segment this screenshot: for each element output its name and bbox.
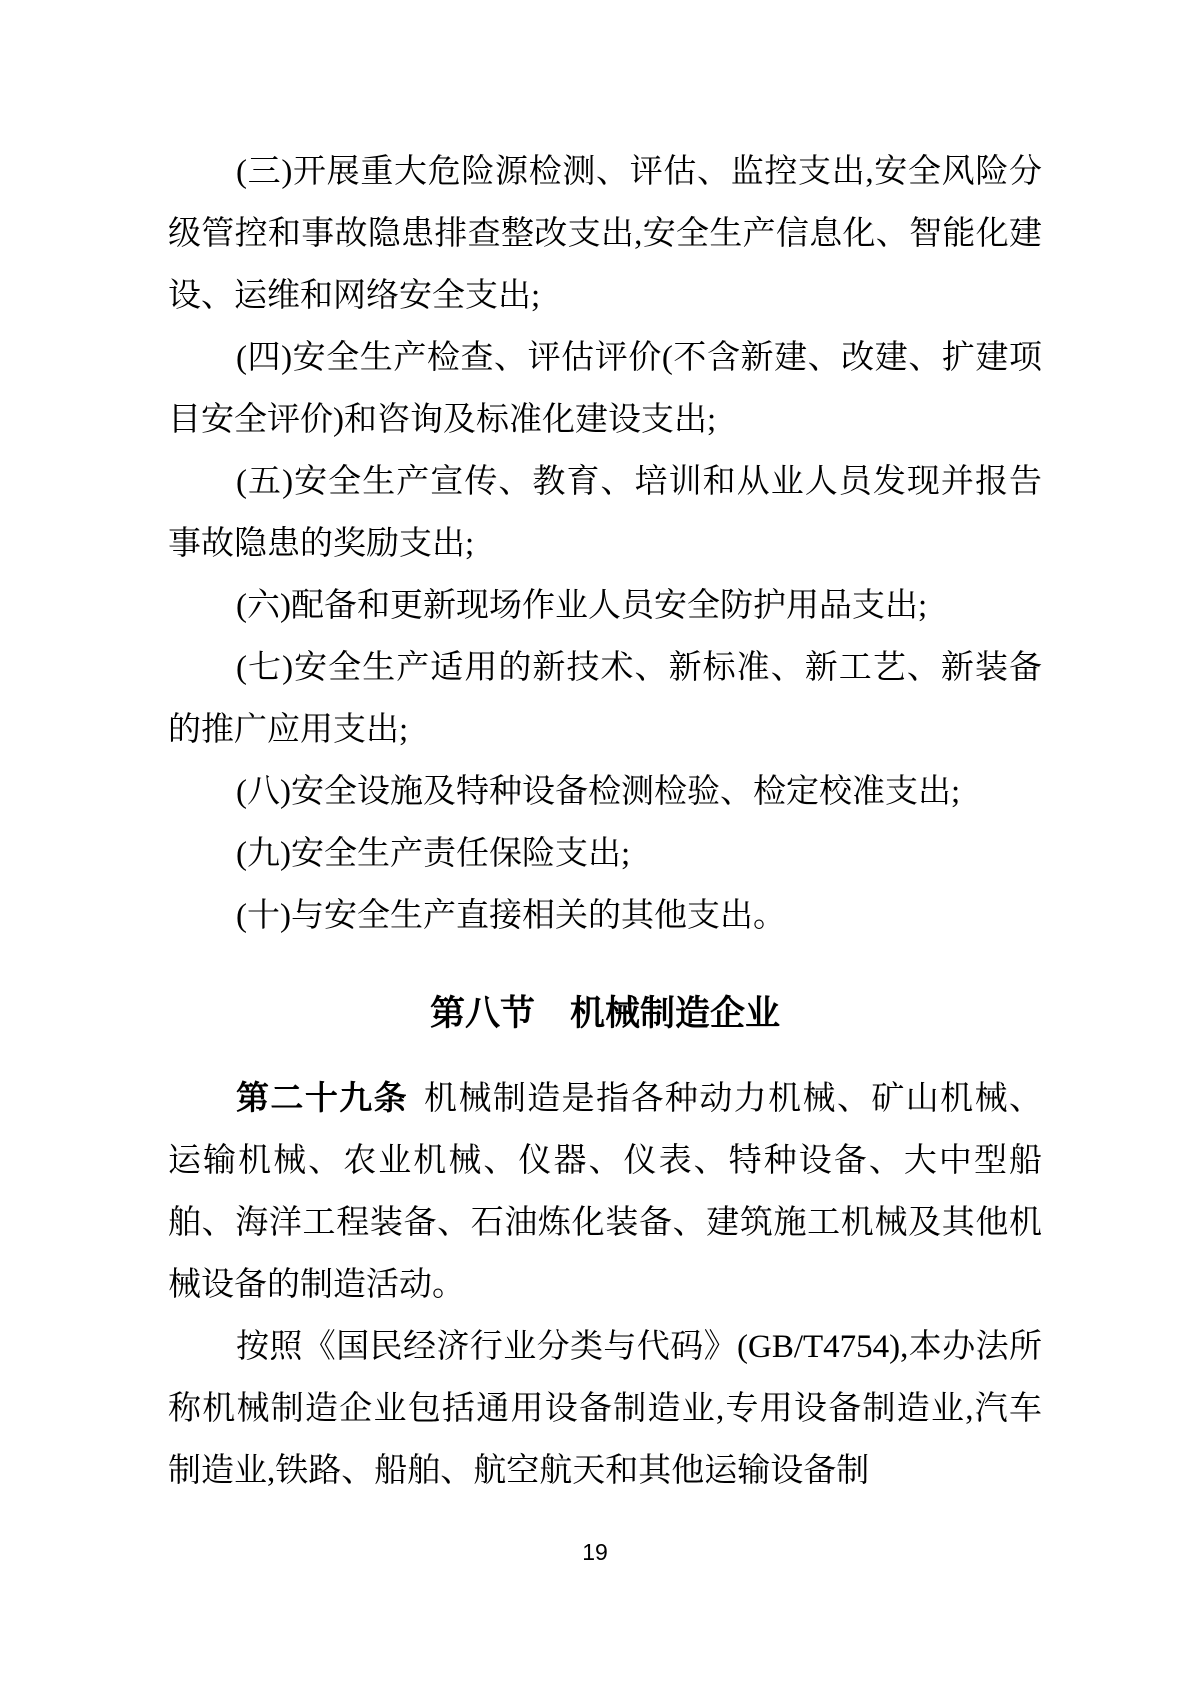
- body-paragraph: 按照《国民经济行业分类与代码》(GB/T4754),本办法所称机械制造企业包括通…: [168, 1316, 1042, 1502]
- section-heading: 第八节 机械制造企业: [168, 983, 1042, 1045]
- document-body: (三)开展重大危险源检测、评估、监控支出,安全风险分级管控和事故隐患排查整改支出…: [168, 141, 1042, 1502]
- page-number: 19: [0, 1538, 1190, 1566]
- clause-item-5: (五)安全生产宣传、教育、培训和从业人员发现并报告事故隐患的奖励支出;: [168, 451, 1042, 575]
- document-page: (三)开展重大危险源检测、评估、监控支出,安全风险分级管控和事故隐患排查整改支出…: [0, 0, 1190, 1683]
- article-29-paragraph: 第二十九条机械制造是指各种动力机械、矿山机械、运输机械、农业机械、仪器、仪表、特…: [168, 1067, 1042, 1316]
- clause-item-3: (三)开展重大危险源检测、评估、监控支出,安全风险分级管控和事故隐患排查整改支出…: [168, 141, 1042, 327]
- clause-item-10: (十)与安全生产直接相关的其他支出。: [168, 885, 1042, 947]
- clause-item-6: (六)配备和更新现场作业人员安全防护用品支出;: [168, 575, 1042, 637]
- clause-item-9: (九)安全生产责任保险支出;: [168, 823, 1042, 885]
- clause-item-4: (四)安全生产检查、评估评价(不含新建、改建、扩建项目安全评价)和咨询及标准化建…: [168, 327, 1042, 451]
- article-29-number: 第二十九条: [236, 1079, 408, 1116]
- clause-item-7: (七)安全生产适用的新技术、新标准、新工艺、新装备的推广应用支出;: [168, 637, 1042, 761]
- clause-item-8: (八)安全设施及特种设备检测检验、检定校准支出;: [168, 761, 1042, 823]
